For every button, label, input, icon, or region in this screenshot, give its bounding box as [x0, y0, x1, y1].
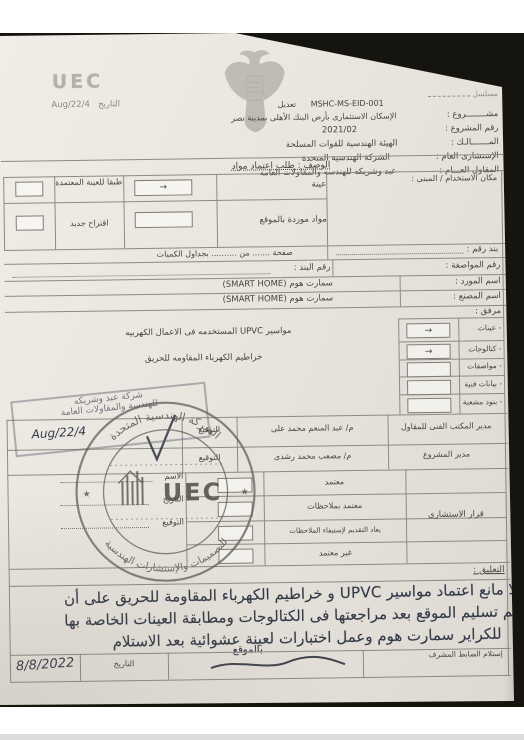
signatory-role-1: مدير المكتب الفنى للمقاول — [388, 421, 505, 432]
spec-no-label: رقم المواصفة : — [422, 261, 500, 272]
stamp-star-left: ★ — [83, 490, 91, 500]
receipt-officer-label: إستلام الضابط المشرف — [363, 650, 503, 661]
usage-option-new-proposal: اقتراح جديد — [55, 218, 124, 228]
decision-option-approved-notes: معتمد بملاحظات — [264, 500, 406, 511]
supplier-label: اسم المورد : — [425, 277, 501, 288]
usage-checkbox-2 — [16, 215, 44, 230]
handwritten-footer-date: 8/8/2022 — [16, 655, 75, 674]
attachment-subitems-label: - بنود مشعبة — [454, 398, 502, 407]
doc-code-note: تعديل — [277, 100, 296, 109]
decision-option-resubmit: يعاد التقديم لإستيفاء الملاحظات — [264, 525, 406, 535]
attachment-samples-box: → — [406, 323, 450, 339]
table-border — [398, 317, 503, 319]
decision-option-approved: معتمد — [263, 476, 405, 487]
doc-code: MSHC-MS-EID-001 — [311, 99, 384, 109]
page-of-line: صفحة ....... من .......... بجداول الكميا… — [122, 247, 327, 259]
manufacturer-value: سمارت هوم (SMART HOME) — [183, 294, 373, 306]
usage-checkbox-1 — [15, 181, 43, 196]
attachment-subitems-box — [407, 398, 451, 414]
material-description-2: خراطيم الكهرباء المقاومه للحريق — [104, 353, 304, 366]
field-value-owner: الهيئة الهندسية للقوات المسلحة — [257, 139, 427, 151]
signatory-role-2: مدير المشروع — [388, 449, 505, 460]
new-proposal-box — [135, 211, 193, 228]
field-value-project: الإسكان الاستثمارى بأرض البنك الأهلى بمد… — [201, 111, 426, 123]
table-border — [10, 675, 511, 683]
serial-label: مسلسل — [472, 89, 498, 98]
handwritten-signature-squiggle — [203, 653, 353, 675]
footer-date-label: التاريخ — [80, 659, 168, 669]
field-value-project-no: 2021/02 — [294, 126, 384, 137]
item-no-label: بند رقم : — [467, 245, 499, 255]
attachment-samples-label: - عينات — [453, 324, 501, 333]
table-border — [398, 318, 400, 414]
letterhead-date-value: 4/Aug/22 — [51, 100, 90, 111]
table-border — [3, 177, 5, 250]
usage-supplied-label: مواد موردة بالموقع — [217, 215, 327, 226]
form-content: UEC التاريخ 4/Aug/22 مسلسل — [0, 33, 524, 714]
table-border — [398, 340, 503, 342]
handwritten-comment-line-3: للكراير سمارت هوم وعمل اختبارات لعينة عش… — [112, 625, 501, 651]
manufacturer-label: اسم المصنع : — [425, 292, 501, 303]
usage-location-label: مكان الاستخدام / المبنى : — [331, 173, 497, 185]
sample-arrow-box: → — [134, 179, 192, 196]
usage-sample-label: عينة — [216, 180, 326, 191]
serial-dashes — [428, 95, 470, 97]
table-left-border — [7, 420, 12, 682]
eagle-emblem-watermark — [221, 46, 288, 143]
letterhead-date: التاريخ 4/Aug/22 — [10, 100, 120, 111]
decision-option-not-approved: غير معتمد — [264, 547, 406, 558]
item-blank-line — [12, 264, 270, 278]
attachment-specs-box — [407, 362, 451, 378]
consultant-decision-title: قرار الاستشارى — [406, 510, 506, 521]
attachment-techdata-label: - بيانات فنية — [454, 380, 502, 389]
item-label: رقم البند : — [274, 263, 330, 274]
letterhead-date-label: التاريخ — [98, 99, 120, 109]
comment-label: التعليق : — [445, 565, 505, 576]
serial-line: مسلسل — [428, 90, 498, 100]
table-border — [123, 175, 125, 248]
arrow-right-icon: → — [425, 346, 433, 356]
uec-consultant-round-stamp: الشركة الهندسية المتحدة للتصميمات والإست… — [69, 395, 262, 588]
scanned-document-photo: UEC التاريخ 4/Aug/22 مسلسل — [0, 0, 524, 740]
arrow-right-icon: → — [159, 183, 167, 193]
table-border — [332, 259, 333, 276]
photo-background: UEC التاريخ 4/Aug/22 مسلسل — [0, 33, 524, 707]
supplier-value: سمارت هوم (SMART HOME) — [183, 279, 373, 291]
table-border — [3, 198, 326, 204]
attachment-techdata-box — [407, 380, 451, 396]
uec-letterhead-logo: UEC — [52, 71, 104, 94]
table-border — [5, 305, 506, 313]
doc-code-line: MSHC-MS-EID-001 تعديل — [233, 98, 428, 110]
arrow-right-icon: → — [424, 325, 432, 335]
attachment-catalogs-label: - كتالوجات — [454, 345, 502, 354]
photo-bottom-bar — [0, 734, 524, 740]
stamp-building-icon — [118, 471, 142, 505]
item-no-line: بند رقم : — [332, 245, 498, 257]
stamp-uec-text: UEC — [163, 478, 223, 507]
attachment-catalogs-box: → — [407, 344, 451, 360]
attachments-label: مرفق : — [451, 307, 501, 317]
usage-option-approved-sample: طبقا للعينة المعتمدة — [54, 177, 123, 187]
field-label-project-no: رقم المشروع : — [410, 124, 498, 135]
stamp-star-right: ★ — [240, 488, 248, 498]
paper-sheet: UEC التاريخ 4/Aug/22 مسلسل — [0, 33, 524, 707]
table-border — [168, 653, 169, 680]
item-no-blank — [336, 252, 463, 255]
material-description-1: مواسير UPVC المستخدمه فى الاعمال الكهربي… — [73, 326, 343, 340]
attachment-specs-label: - مواصفات — [454, 362, 502, 371]
